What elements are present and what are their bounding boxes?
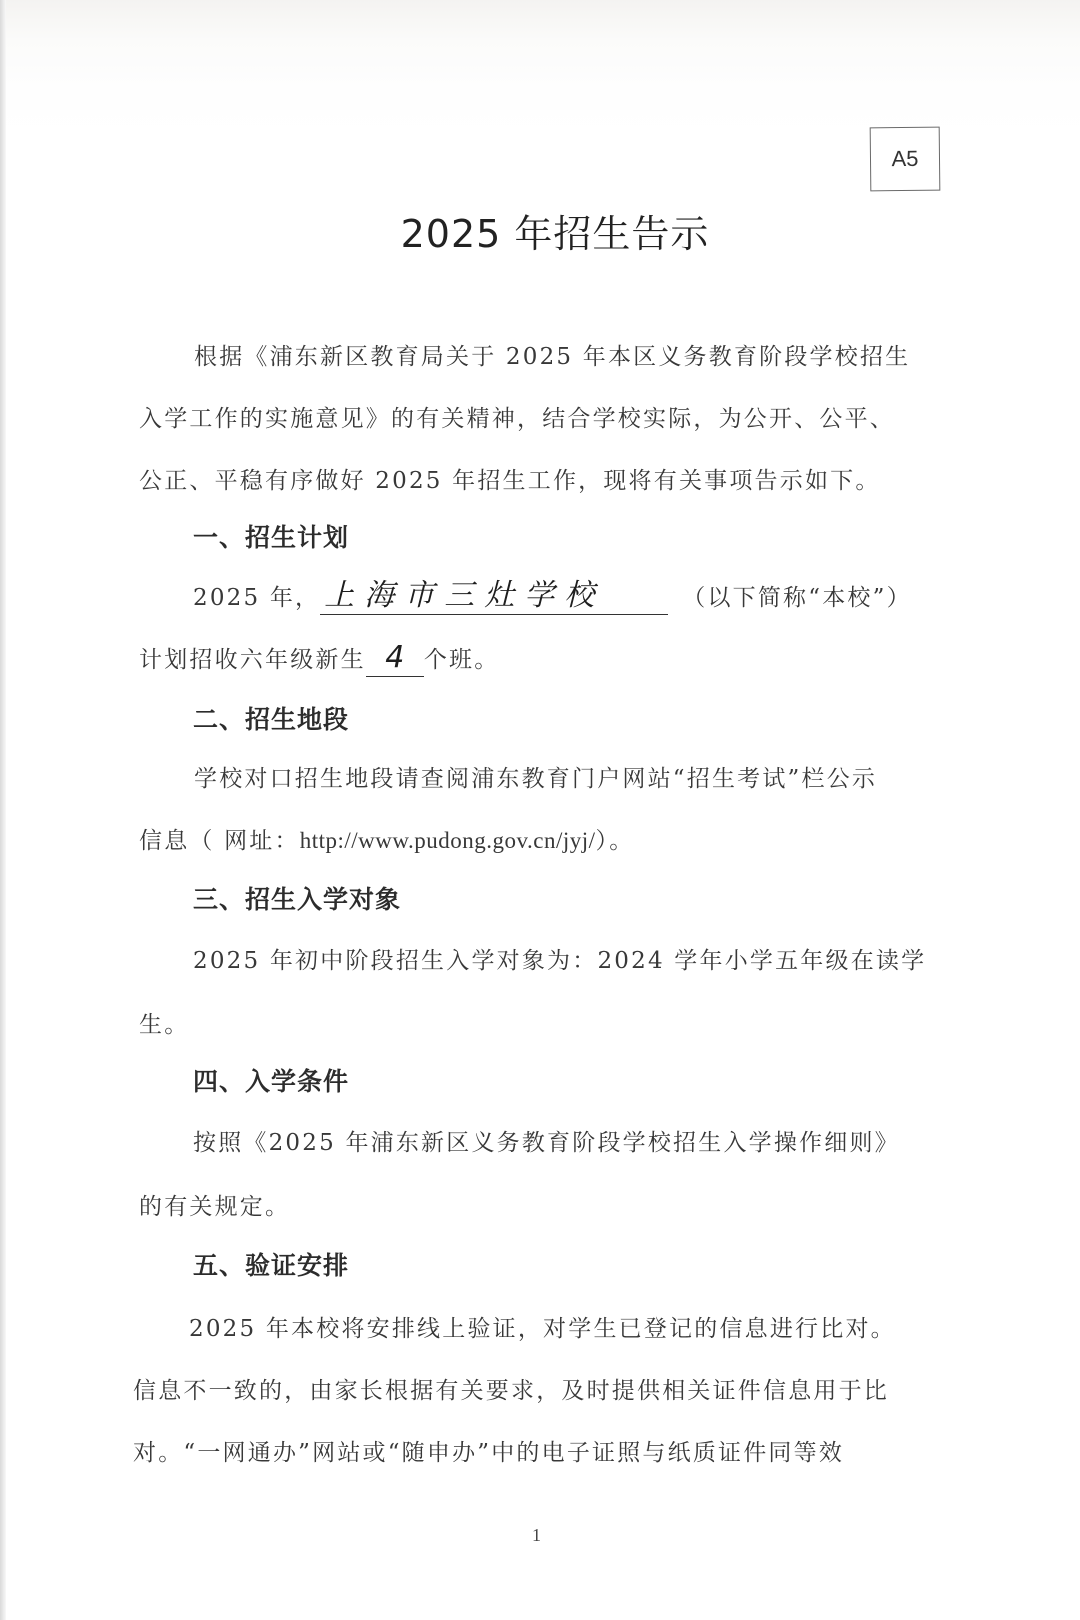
scanned-page: A5 2025 年招生告示 根据《浦东新区教育局关于 2025 年本区义务教育阶… xyxy=(0,0,1080,1620)
handwritten-school-name: 上海市三灶学校 xyxy=(320,578,668,615)
document-title: 2025 年招生告示 xyxy=(0,203,1080,258)
admission-conditions-line-1: 按照《2025 年浦东新区义务教育阶段学校招生入学操作细则》 xyxy=(193,1124,900,1157)
intro-line-2: 入学工作的实施意见》的有关精神，结合学校实际，为公开、公平、 xyxy=(139,400,895,433)
class-count-suffix: 个班。 xyxy=(424,647,500,673)
enrollment-target-line-2: 生。 xyxy=(139,1006,189,1039)
url-label: 信息（ 网址： xyxy=(139,828,300,854)
url-close: ）。 xyxy=(596,828,635,854)
verification-line-2: 信息不一致的，由家长根据有关要求，及时提供相关证件信息用于比 xyxy=(133,1372,889,1405)
intro-line-3: 公正、平稳有序做好 2025 年招生工作，现将有关事项告示如下。 xyxy=(139,462,881,495)
enrollment-plan-line-2: 计划招收六年级新生4个班。 xyxy=(139,640,499,677)
section-heading-enrollment-plan: 一、招生计划 xyxy=(193,518,349,554)
section-heading-enrollment-area: 二、招生地段 xyxy=(193,700,349,736)
admission-conditions-line-2: 的有关规定。 xyxy=(139,1188,290,1221)
enrollment-plan-line-1: 2025 年，上海市三灶学校（以下简称“本校”） xyxy=(193,578,912,615)
verification-line-1: 2025 年本校将安排线上验证，对学生已登记的信息进行比对。 xyxy=(189,1310,896,1343)
intro-line-1: 根据《浦东新区教育局关于 2025 年本区义务教育阶段学校招生 xyxy=(194,338,910,371)
enrollment-target-line-1: 2025 年初中阶段招生入学对象为：2024 学年小学五年级在读学 xyxy=(193,942,926,975)
enrollment-area-line-2: 信息（ 网址：http://www.pudong.gov.cn/jyj/）。 xyxy=(139,822,634,855)
pudong-edu-url-link[interactable]: http://www.pudong.gov.cn/jyj/ xyxy=(300,828,596,853)
section-heading-admission-conditions: 四、入学条件 xyxy=(193,1062,349,1098)
page-number: 1 xyxy=(532,1525,541,1546)
year-prefix: 2025 年， xyxy=(193,585,320,611)
verification-line-3: 对。“一网通办”网站或“随申办”中的电子证照与纸质证件同等效 xyxy=(133,1434,844,1467)
class-count-prefix: 计划招收六年级新生 xyxy=(139,647,366,673)
handwritten-class-count: 4 xyxy=(366,640,424,677)
enrollment-area-line-1: 学校对口招生地段请查阅浦东教育门户网站“招生考试”栏公示 xyxy=(194,760,877,793)
section-heading-verification: 五、验证安排 xyxy=(193,1246,349,1282)
abbreviation-note: （以下简称“本校”） xyxy=(682,585,912,611)
section-heading-enrollment-target: 三、招生入学对象 xyxy=(193,880,401,916)
document-code-box: A5 xyxy=(870,127,941,192)
document-code: A5 xyxy=(891,146,918,172)
